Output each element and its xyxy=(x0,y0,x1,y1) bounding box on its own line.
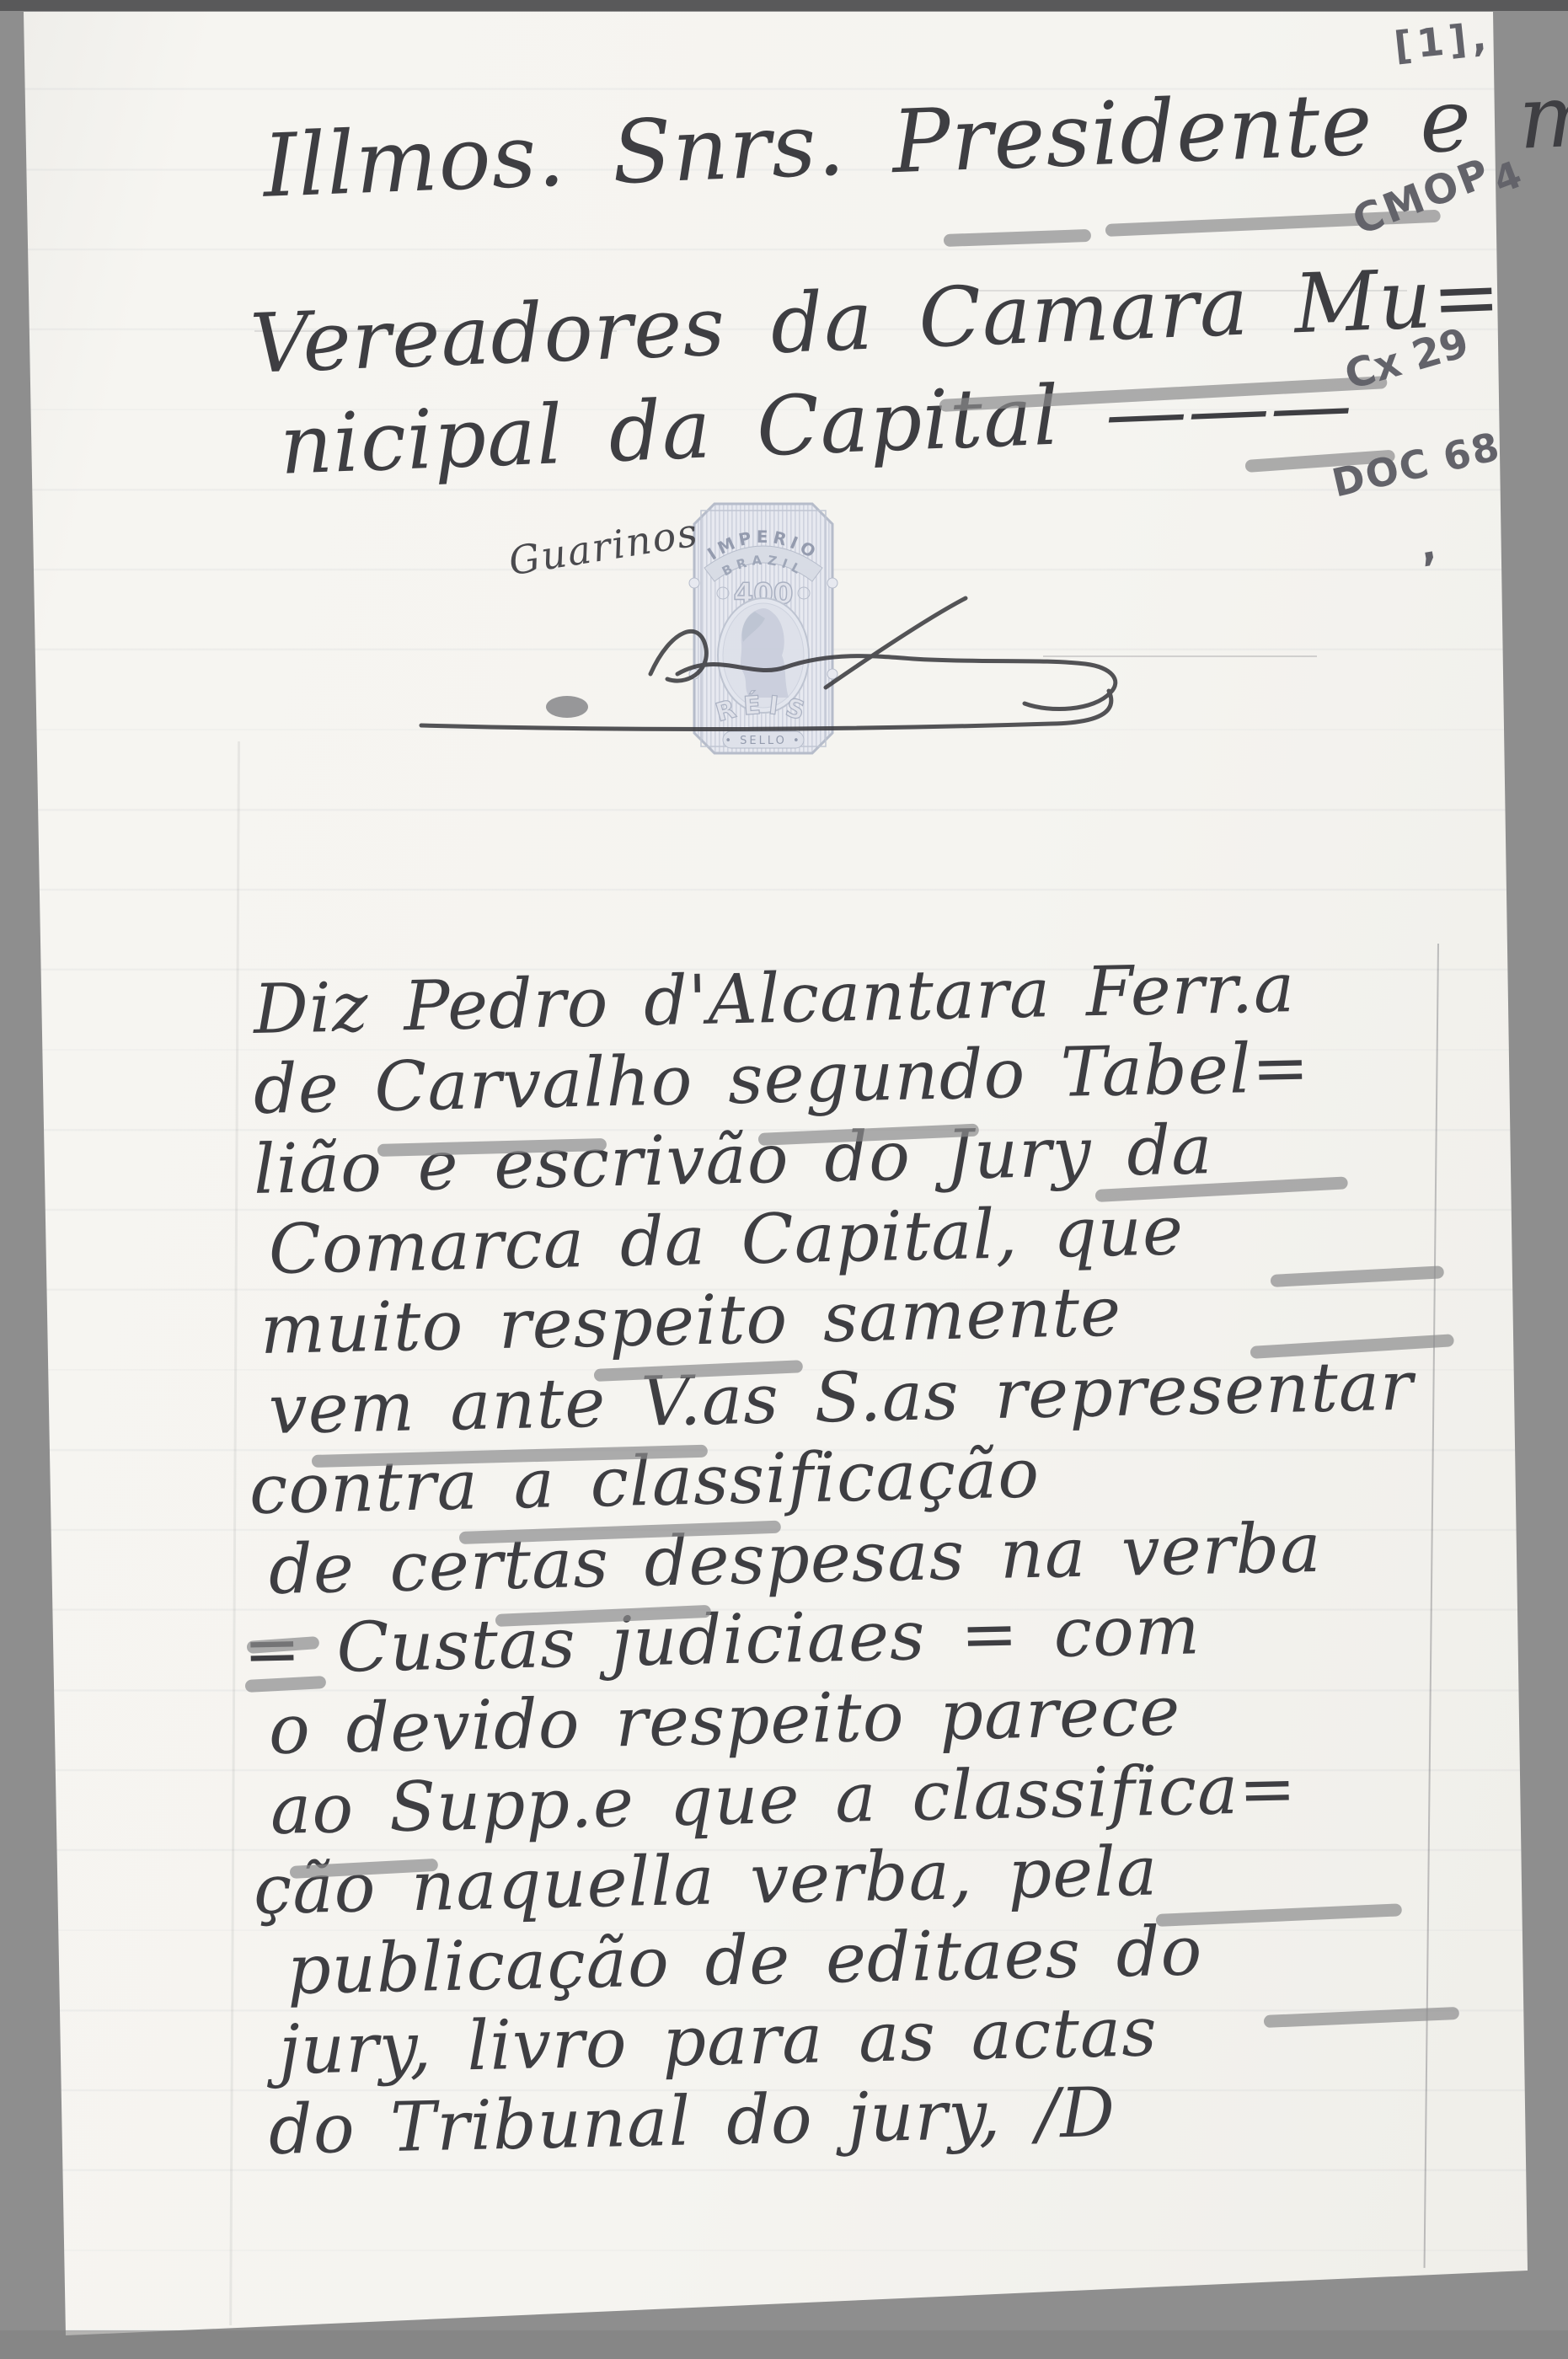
scanner-top-band xyxy=(0,0,1568,11)
scanned-document: IMPERIO BRAZIL 400 RÉIS • SELLO • Guarin… xyxy=(0,0,1568,2359)
signature-underline xyxy=(421,691,1111,729)
signature-flourish xyxy=(388,580,1146,757)
scanner-bottom-shadow xyxy=(0,2330,1568,2359)
